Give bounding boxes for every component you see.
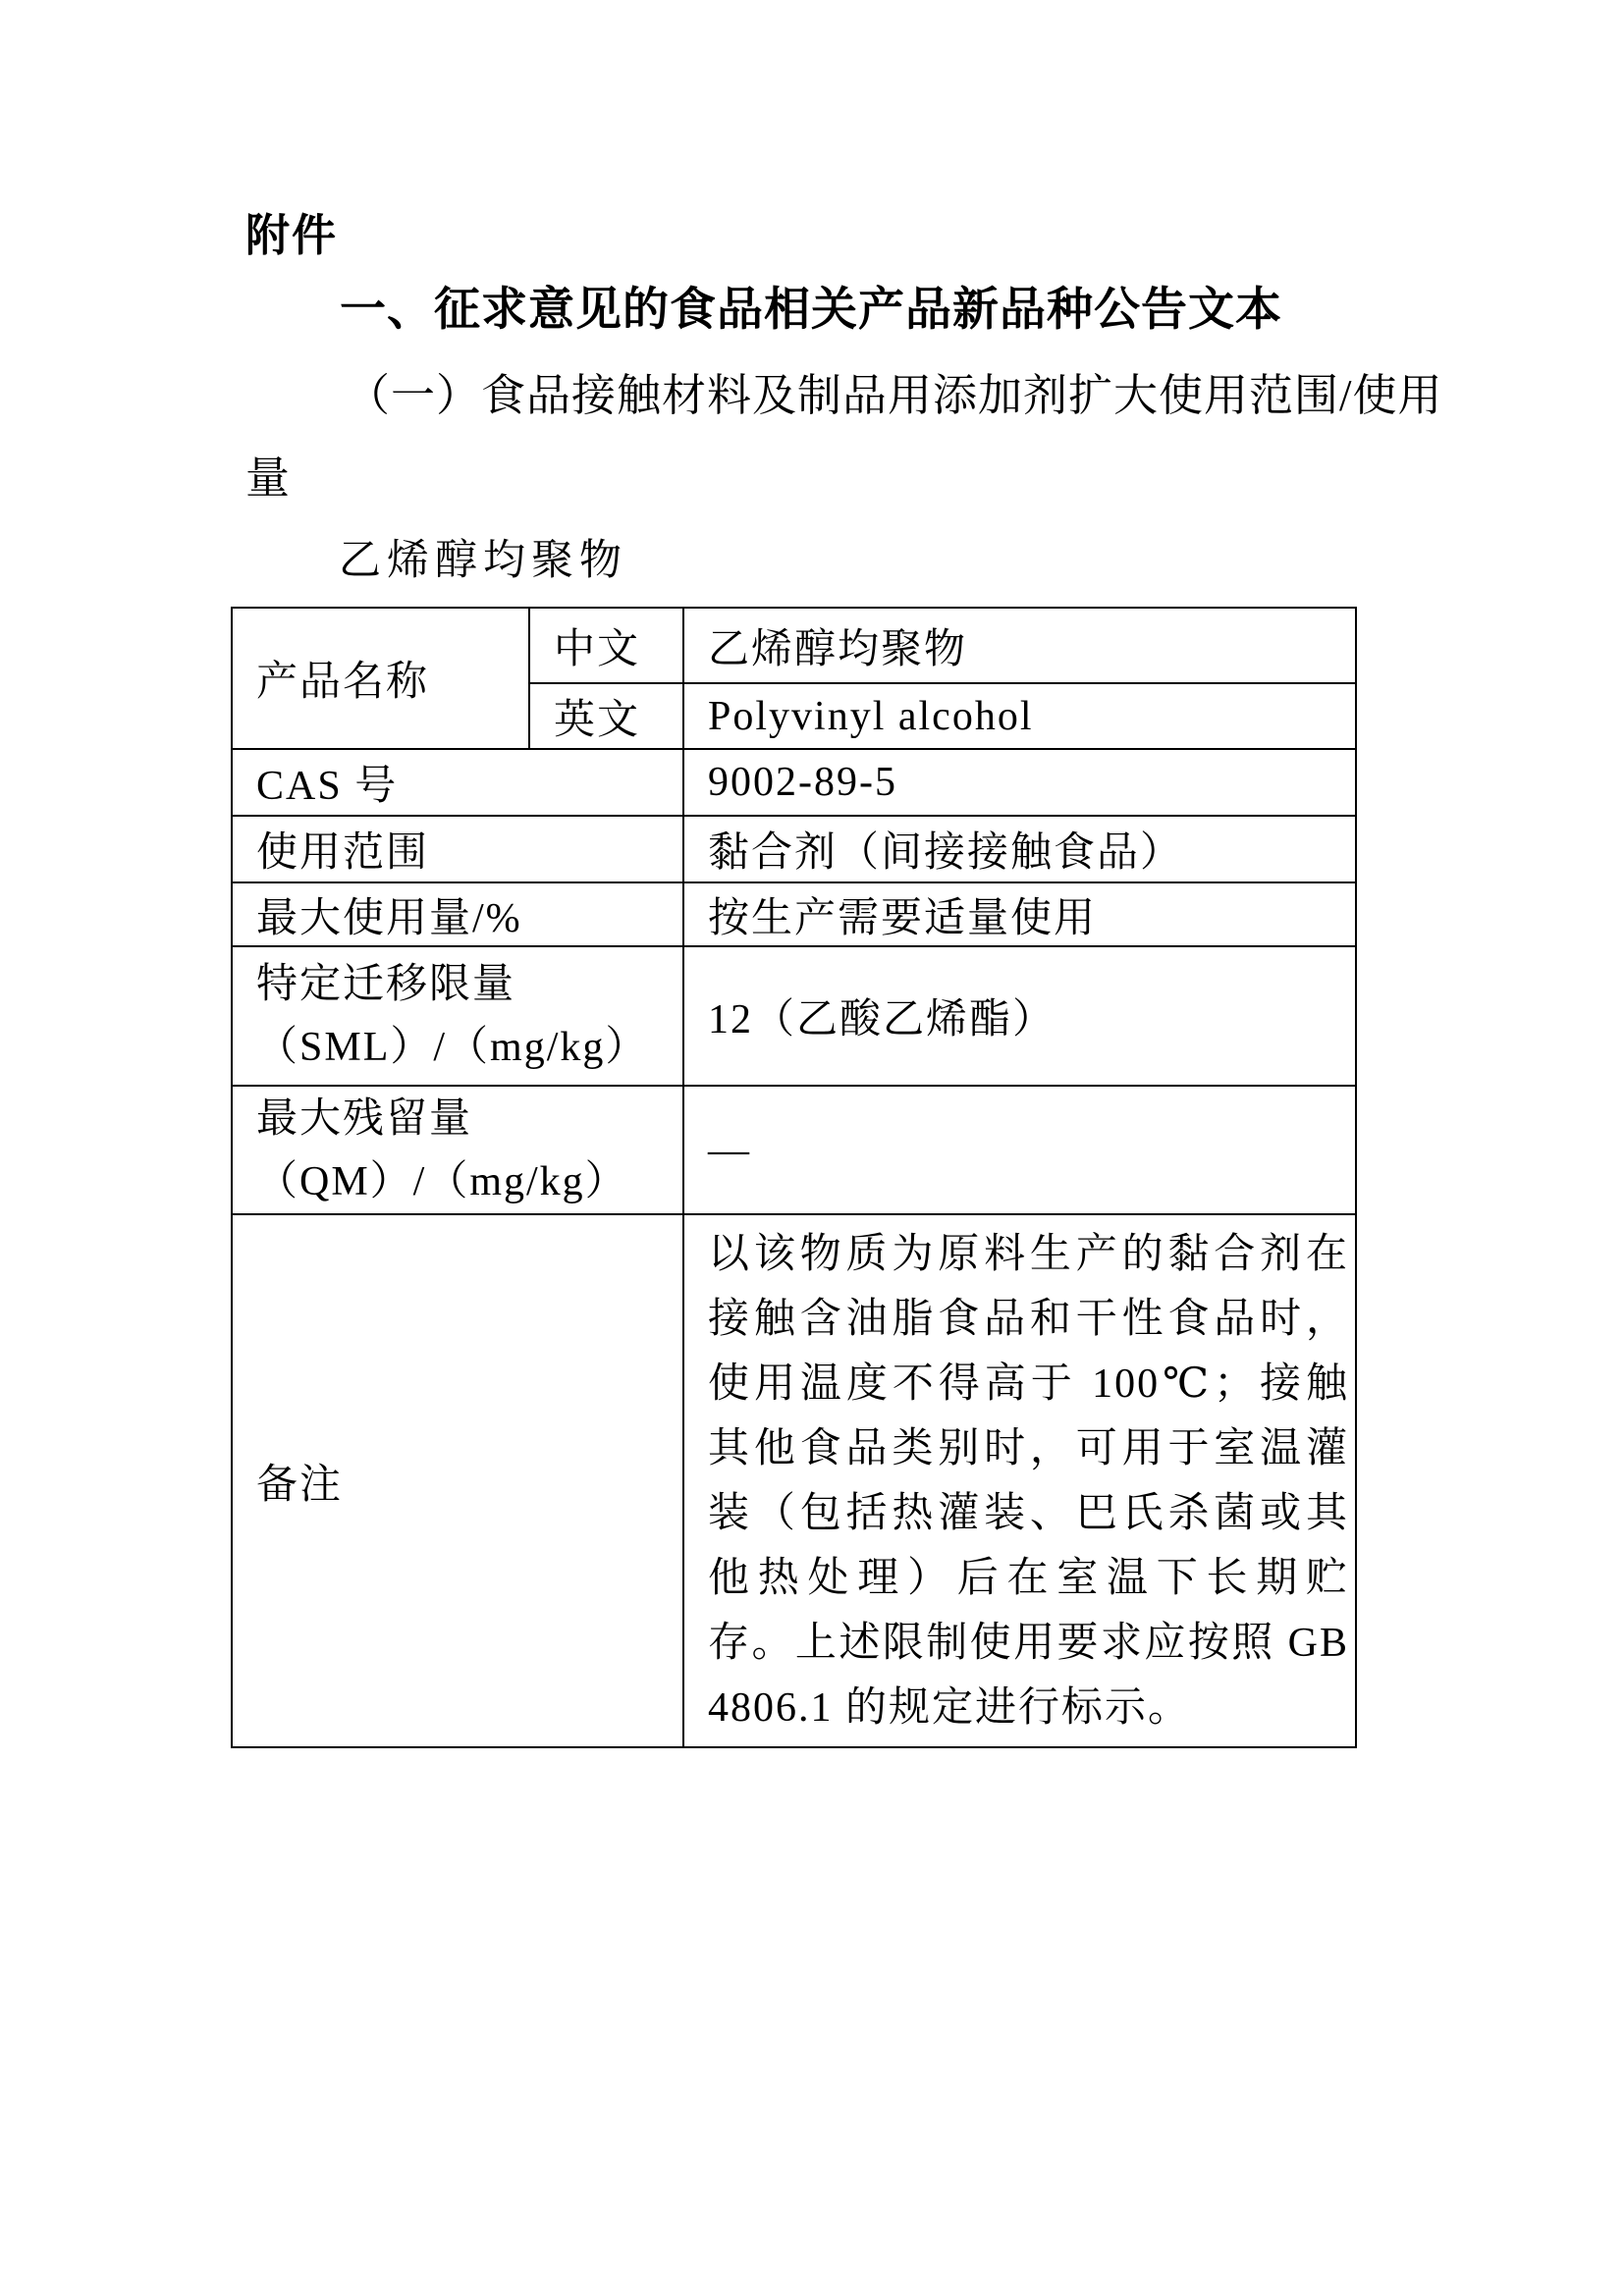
subsection-heading-line2: 量 bbox=[245, 442, 290, 506]
table-row-max-usage: 最大使用量/% 按生产需要适量使用 bbox=[232, 882, 1356, 946]
section-heading: 一、征求意见的食品相关产品新品种公告文本 bbox=[340, 273, 1282, 339]
english-name-value: Polyvinyl alcohol bbox=[683, 683, 1356, 749]
sml-value: 12（乙酸乙烯酯） bbox=[683, 946, 1356, 1086]
subsection-heading-line1: （一）食品接触材料及制品用添加剂扩大使用范围/使用 bbox=[346, 359, 1443, 423]
qm-value: — bbox=[683, 1086, 1356, 1214]
english-label: 英文 bbox=[529, 683, 683, 749]
sml-label: 特定迁移限量 （SML）/（mg/kg） bbox=[232, 946, 683, 1086]
cas-number-label: CAS 号 bbox=[232, 749, 683, 816]
table-row-remark: 备注 以该物质为原料生产的黏合剂在接触含油脂食品和干性食品时，使用温度不得高于 … bbox=[232, 1214, 1356, 1747]
table-row-product-name-cn: 产品名称 中文 乙烯醇均聚物 bbox=[232, 608, 1356, 683]
product-name-label: 产品名称 bbox=[232, 608, 529, 749]
cas-number-value: 9002-89-5 bbox=[683, 749, 1356, 816]
usage-scope-value: 黏合剂（间接接触食品） bbox=[683, 816, 1356, 882]
usage-scope-label: 使用范围 bbox=[232, 816, 683, 882]
qm-label: 最大残留量 （QM）/（mg/kg） bbox=[232, 1086, 683, 1214]
chinese-label: 中文 bbox=[529, 608, 683, 683]
attachment-label: 附件 bbox=[245, 199, 338, 263]
product-title: 乙烯醇均聚物 bbox=[339, 527, 627, 587]
chinese-name-value: 乙烯醇均聚物 bbox=[683, 608, 1356, 683]
remark-label: 备注 bbox=[232, 1214, 683, 1747]
table-row-sml: 特定迁移限量 （SML）/（mg/kg） 12（乙酸乙烯酯） bbox=[232, 946, 1356, 1086]
table-row-qm: 最大残留量 （QM）/（mg/kg） — bbox=[232, 1086, 1356, 1214]
max-usage-value: 按生产需要适量使用 bbox=[683, 882, 1356, 946]
table-row-cas-number: CAS 号 9002-89-5 bbox=[232, 749, 1356, 816]
remark-value: 以该物质为原料生产的黏合剂在接触含油脂食品和干性食品时，使用温度不得高于 100… bbox=[683, 1214, 1356, 1747]
table-row-usage-scope: 使用范围 黏合剂（间接接触食品） bbox=[232, 816, 1356, 882]
max-usage-label: 最大使用量/% bbox=[232, 882, 683, 946]
product-info-table: 产品名称 中文 乙烯醇均聚物 英文 Polyvinyl alcohol CAS … bbox=[231, 607, 1357, 1748]
